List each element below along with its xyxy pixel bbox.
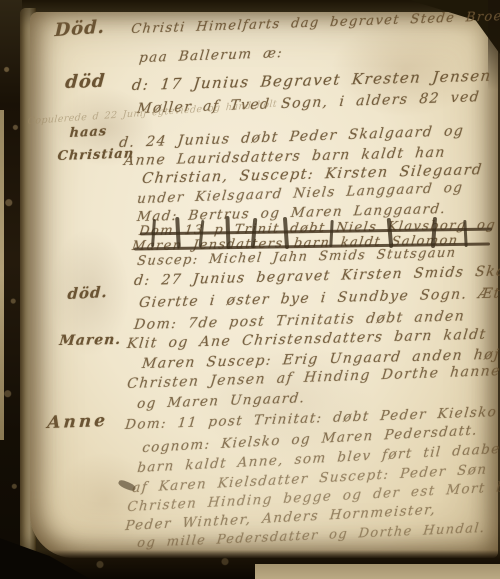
margin-annotation: död.: [67, 283, 108, 303]
margin-annotation: Maren.: [59, 332, 122, 349]
margin-annotation: haas: [69, 124, 107, 141]
margin-annotation: död: [65, 71, 107, 93]
cover-edge-highlight: [0, 110, 4, 440]
scanned-register-photo: Död. död haas Christian död. Maren. Anne…: [0, 0, 500, 579]
margin-annotation: Död.: [54, 16, 105, 41]
table-surface-strip: [255, 564, 500, 579]
margin-annotation: Anne: [47, 411, 109, 433]
